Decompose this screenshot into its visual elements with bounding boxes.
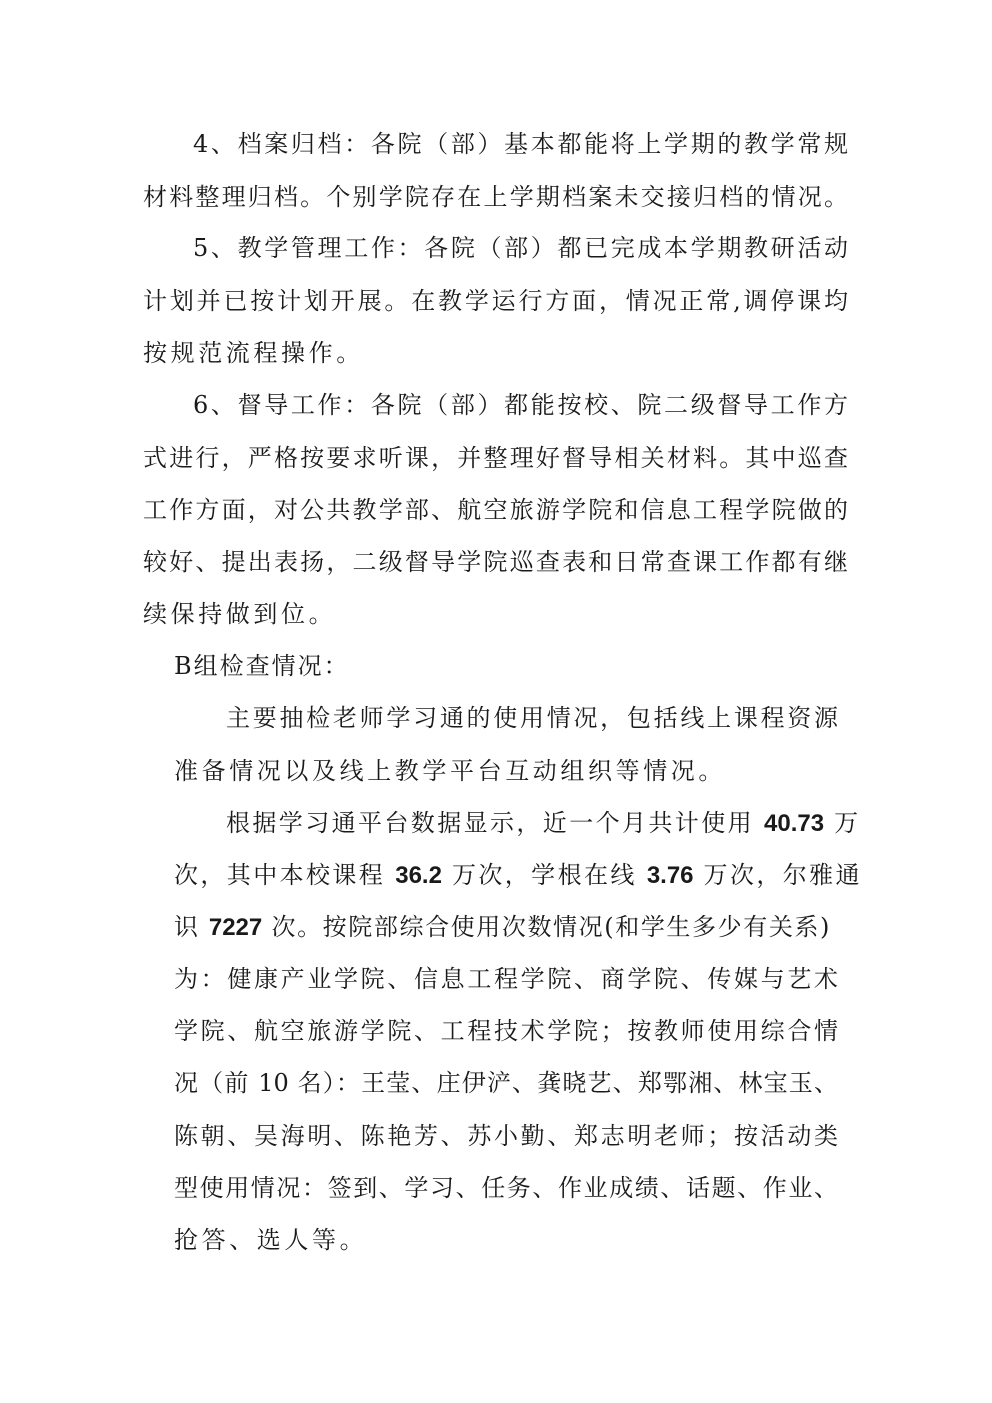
section-b-para2-line-7: 陈朝、吴海明、陈艳芳、苏小勤、郑志明老师；按活动类 [174,1121,838,1151]
section-b-para2-line-1: 根据学习通平台数据显示，近一个月共计使用 40.73 万 [226,808,861,839]
section-b-para2-line-8: 型使用情况：签到、学习、任务、作业成绩、话题、作业、 [174,1173,838,1203]
section-b-para1-line-2: 准备情况以及线上教学平台互动组织等情况。 [174,756,726,786]
item6-line-2: 式进行，严格按要求听课，并整理好督导相关材料。其中巡查 [143,443,848,473]
text: 根据学习通平台数据显示，近一个月共计使用 [226,809,764,837]
item4-line-2: 材料整理归档。个别学院存在上学期档案未交接归档的情况。 [143,182,848,212]
item5-line-1: 5、教学管理工作：各院（部）都已完成本学期教研活动 [193,233,848,263]
document-page: 4、档案归档：各院（部）基本都能将上学期的教学常规 材料整理归档。个别学院存在上… [0,0,992,1403]
xuegen-online-value: 3.76 [647,862,694,889]
section-b-para2-line-6: 况（前 10 名）：王莹、庄伊浐、龚晓艺、郑鄂湘、林宝玉、 [174,1068,838,1098]
section-b-para1-line-1: 主要抽检老师学习通的使用情况，包括线上课程资源 [226,703,838,733]
section-b-para2-line-4: 为：健康产业学院、信息工程学院、商学院、传媒与艺术 [174,964,838,994]
item6-line-3: 工作方面，对公共教学部、航空旅游学院和信息工程学院做的 [143,495,848,525]
section-b-para2-line-2: 次，其中本校课程 36.2 万次，学根在线 3.76 万次，尔雅通 [174,860,862,891]
item4-line-1: 4、档案归档：各院（部）基本都能将上学期的教学常规 [193,129,848,159]
item6-line-4: 较好、提出表扬，二级督导学院巡查表和日常查课工作都有继 [143,547,848,577]
text: 万次，尔雅通 [694,861,862,889]
total-uses-value: 40.73 [764,810,824,837]
erya-value: 7227 [209,914,262,941]
item6-line-1: 6、督导工作：各院（部）都能按校、院二级督导工作方 [193,390,848,420]
text: 次。按院部综合使用次数情况(和学生多少有关系) [262,913,831,941]
text: 识 [174,913,209,941]
text: 万 [824,809,860,837]
section-b-heading: B组检查情况： [174,651,350,681]
school-courses-value: 36.2 [395,862,442,889]
section-b-para2-line-9: 抢答、选人等。 [174,1225,367,1255]
section-b-para2-line-3: 识 7227 次。按院部综合使用次数情况(和学生多少有关系) [174,912,831,943]
text: 万次，学根在线 [442,861,647,889]
item6-line-5: 续保持做到位。 [143,599,336,629]
item5-line-2: 计划并已按计划开展。在教学运行方面，情况正常,调停课均 [143,286,848,316]
section-b-para2-line-5: 学院、航空旅游学院、工程技术学院；按教师使用综合情 [174,1016,838,1046]
item5-line-3: 按规范流程操作。 [143,338,364,368]
text: 次，其中本校课程 [174,861,395,889]
